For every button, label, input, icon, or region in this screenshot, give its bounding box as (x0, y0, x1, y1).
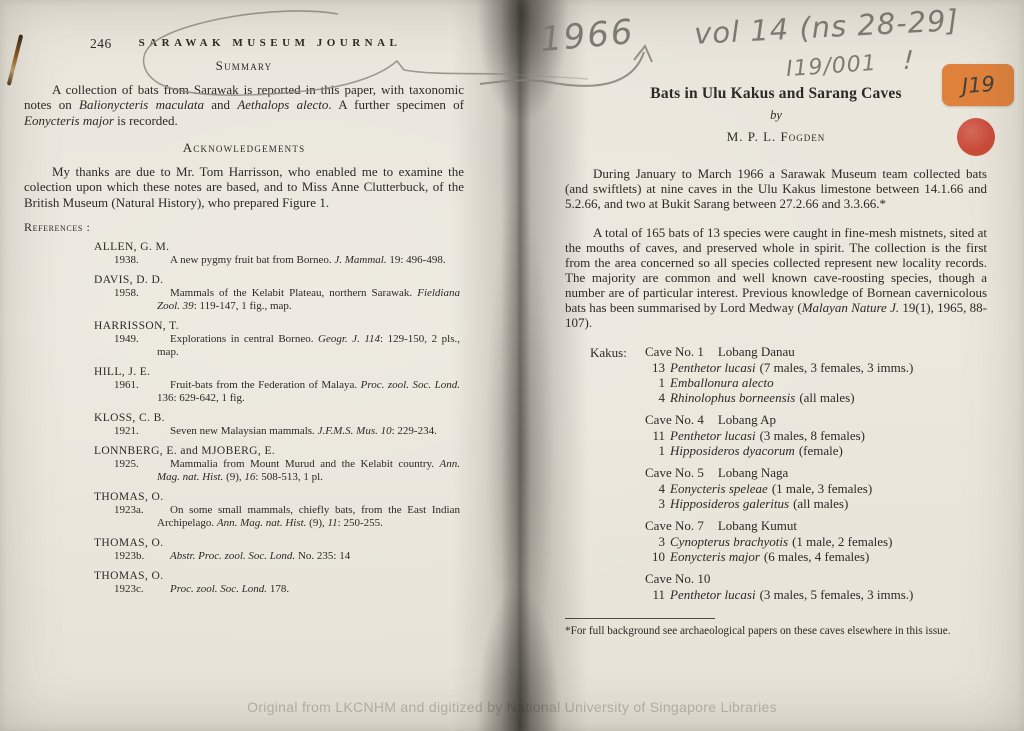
library-watermark: Original from LKCNHM and digitized by Na… (0, 699, 1024, 715)
pencil-arrowhead (634, 46, 652, 62)
cave-block: Cave No. 5Lobang Naga 4Eonycteris spelea… (645, 465, 987, 511)
summary-paragraph: A collection of bats from Sarawak is rep… (24, 82, 464, 129)
species-name: Cynopterus brachyotis (670, 534, 788, 549)
cave-block: Cave No. 1Lobang Danau 13Penthetor lucas… (645, 344, 987, 405)
references-label: References : (24, 220, 464, 236)
left-page: 246 SARAWAK MUSEUM JOURNAL Summary A col… (24, 34, 464, 603)
species-name: Eonycteris speleae (670, 481, 768, 496)
footnote-text: *For full background see archaeological … (565, 625, 987, 638)
specimen-count: 11 (645, 587, 665, 602)
species-record: 4Rhinolophus borneensis(all males) (645, 390, 987, 405)
handwritten-year: 1966 (538, 12, 636, 60)
handwritten-volume-note: vol 14 (ns 28-29] (693, 3, 959, 51)
specimen-count: 10 (645, 549, 665, 564)
species-name: Penthetor lucasi (670, 360, 756, 375)
reference-entry: KLOSS, C. B. 1921.Seven new Malaysian ma… (24, 412, 464, 438)
reference-entry: DAVIS, D. D. 1958.Mammals of the Kelabit… (24, 274, 464, 313)
reference-citation: Seven new Malaysian mammals. J.F.M.S. Mu… (157, 425, 460, 438)
species-record: 3Cynopterus brachyotis(1 male, 2 females… (645, 534, 987, 549)
species-record: 1Hipposideros dyacorum(female) (645, 443, 987, 458)
species-record: 11Penthetor lucasi(3 males, 8 females) (645, 428, 987, 443)
area-label: Kakus: (590, 345, 627, 360)
species-name: Hipposideros dyacorum (670, 443, 795, 458)
cave-number: Cave No. 1 (645, 344, 704, 359)
reference-year: 1923b. (114, 550, 144, 563)
article-paragraph: During January to March 1966 a Sarawak M… (565, 166, 987, 211)
record-detail: (3 males, 5 females, 3 imms.) (760, 587, 914, 602)
reference-author: KLOSS, C. B. (94, 412, 464, 425)
reference-author: HARRISSON, T. (94, 320, 464, 333)
specimen-count: 4 (645, 390, 665, 405)
specimen-count: 3 (645, 534, 665, 549)
cave-block: Cave No. 7Lobang Kumut 3Cynopterus brach… (645, 518, 987, 564)
specimen-count: 11 (645, 428, 665, 443)
specimen-count: 3 (645, 496, 665, 511)
species-record: 10Eonycteris major(6 males, 4 females) (645, 549, 987, 564)
record-detail: (all males) (799, 390, 854, 405)
reference-author: THOMAS, O. (94, 491, 464, 504)
acknowledgements-heading: Acknowledgements (24, 140, 464, 156)
reference-citation: On some small mammals, chiefly bats, fro… (157, 504, 460, 530)
footnote: *For full background see archaeological … (565, 618, 987, 638)
sticky-note-label: J19 (961, 72, 996, 98)
reference-author: ALLEN, G. M. (94, 241, 464, 254)
specimen-count: 1 (645, 443, 665, 458)
record-detail: (7 males, 3 females, 3 imms.) (760, 360, 914, 375)
reference-citation: Abstr. Proc. zool. Soc. Lond. No. 235: 1… (157, 550, 460, 563)
species-record: 1Emballonura alecto (645, 375, 987, 390)
species-name: Penthetor lucasi (670, 428, 756, 443)
cave-number: Cave No. 5 (645, 465, 704, 480)
specimen-count: 1 (645, 375, 665, 390)
species-name: Rhinolophus borneensis (670, 390, 795, 405)
reference-citation: Explorations in central Borneo. Geogr. J… (157, 333, 460, 359)
reference-entry: THOMAS, O. 1923c.Proc. zool. Soc. Lond. … (24, 570, 464, 596)
reference-citation: Mammals of the Kelabit Plateau, northern… (157, 287, 460, 313)
species-record: 13Penthetor lucasi(7 males, 3 females, 3… (645, 360, 987, 375)
species-record: 4Eonycteris speleae(1 male, 3 females) (645, 481, 987, 496)
species-record: 3Hipposideros galeritus(all males) (645, 496, 987, 511)
reference-entry: THOMAS, O. 1923a.On some small mammals, … (24, 491, 464, 530)
reference-year: 1961. (114, 379, 139, 392)
cave-name: Lobang Danau (718, 344, 795, 359)
species-name: Emballonura alecto (670, 375, 774, 390)
reference-author: HILL, J. E. (94, 366, 464, 379)
species-record: 11Penthetor lucasi(3 males, 5 females, 3… (645, 587, 987, 602)
reference-entry: THOMAS, O. 1923b.Abstr. Proc. zool. Soc.… (24, 537, 464, 563)
reference-author: LONNBERG, E. and MJOBERG, E. (94, 445, 464, 458)
record-detail: (female) (799, 443, 843, 458)
cave-number: Cave No. 7 (645, 518, 704, 533)
record-detail: (1 male, 2 females) (792, 534, 892, 549)
species-name: Eonycteris major (670, 549, 760, 564)
cave-number: Cave No. 10 (645, 571, 710, 586)
handwritten-catalog-number: I19/001 (785, 51, 877, 82)
pen-mark (7, 34, 23, 85)
reference-year: 1923c. (114, 583, 144, 596)
pencil-loop-tail (505, 74, 588, 79)
summary-heading: Summary (24, 58, 464, 74)
reference-year: 1958. (114, 287, 139, 300)
running-title: SARAWAK MUSEUM JOURNAL (24, 36, 464, 52)
article-paragraph: A total of 165 bats of 13 species were c… (565, 225, 987, 330)
reference-citation: Proc. zool. Soc. Lond. 178. (157, 583, 460, 596)
record-detail: (1 male, 3 females) (772, 481, 872, 496)
reference-citation: Fruit-bats from the Federation of Malaya… (157, 379, 460, 405)
reference-author: THOMAS, O. (94, 537, 464, 550)
reference-year: 1938. (114, 254, 139, 267)
cave-name: Lobang Naga (718, 465, 788, 480)
article-title: Bats in Ulu Kakus and Sarang Caves (565, 86, 987, 101)
specimen-count: 13 (645, 360, 665, 375)
reference-year: 1949. (114, 333, 139, 346)
byline: by (565, 108, 987, 123)
reference-citation: A new pygmy fruit bat from Borneo. J. Ma… (157, 254, 460, 267)
cave-number: Cave No. 4 (645, 412, 704, 427)
orange-sticky-note: J19 (942, 64, 1014, 106)
record-detail: (3 males, 8 females) (760, 428, 865, 443)
page-header: 246 SARAWAK MUSEUM JOURNAL (24, 34, 464, 52)
species-name: Hipposideros galeritus (670, 496, 789, 511)
reference-year: 1925. (114, 458, 139, 471)
reference-entry: HILL, J. E. 1961.Fruit-bats from the Fed… (24, 366, 464, 405)
cave-species-list: Kakus: Cave No. 1Lobang Danau 13Pentheto… (590, 344, 987, 602)
record-detail: (all males) (793, 496, 848, 511)
specimen-count: 4 (645, 481, 665, 496)
reference-year: 1921. (114, 425, 139, 438)
reference-author: THOMAS, O. (94, 570, 464, 583)
record-detail: (6 males, 4 females) (764, 549, 869, 564)
reference-author: DAVIS, D. D. (94, 274, 464, 287)
footnote-rule (565, 618, 715, 619)
reference-citation: Mammalia from Mount Murud and the Kelabi… (157, 458, 460, 484)
right-page: Bats in Ulu Kakus and Sarang Caves by M.… (565, 86, 987, 638)
red-dot-sticker (957, 118, 995, 156)
reference-entry: LONNBERG, E. and MJOBERG, E. 1925.Mammal… (24, 445, 464, 484)
cave-name: Lobang Kumut (718, 518, 797, 533)
cave-block: Cave No. 10 11Penthetor lucasi(3 males, … (645, 571, 987, 602)
reference-entry: ALLEN, G. M. 1938.A new pygmy fruit bat … (24, 241, 464, 267)
species-name: Penthetor lucasi (670, 587, 756, 602)
handwritten-exclamation: ! (902, 46, 914, 77)
reference-year: 1923a. (114, 504, 144, 517)
reference-entry: HARRISSON, T. 1949.Explorations in centr… (24, 320, 464, 359)
cave-name: Lobang Ap (718, 412, 776, 427)
scanned-journal-spread: { "scan": { "watermark": "Original from … (0, 0, 1024, 731)
author-name: M. P. L. Fogden (565, 129, 987, 144)
acknowledgements-paragraph: My thanks are due to Mr. Tom Harrisson, … (24, 164, 464, 211)
cave-block: Cave No. 4Lobang Ap 11Penthetor lucasi(3… (645, 412, 987, 458)
